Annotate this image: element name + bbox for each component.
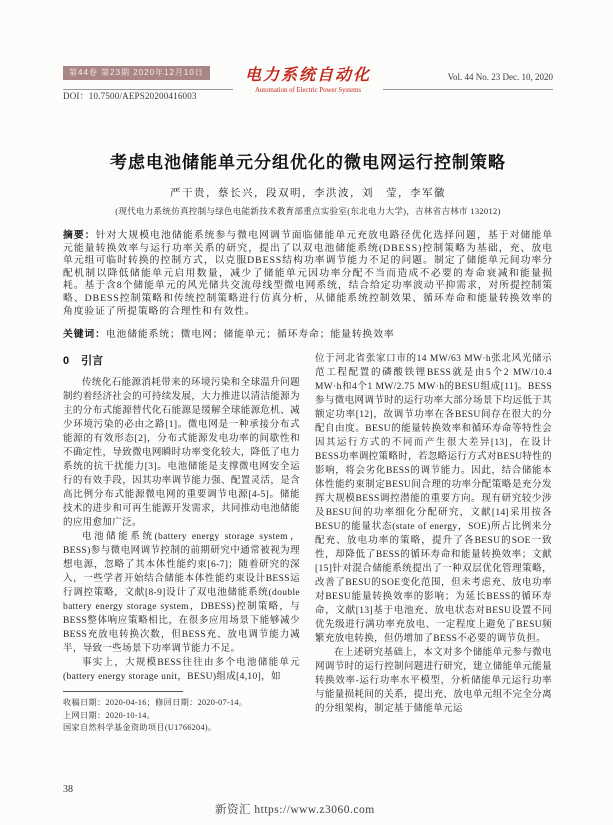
body-paragraph: 电池储能系统(battery energy storage system，BES… — [63, 530, 300, 656]
body-paragraph: 在上述研究基础上，本文对多个储能单元参与微电网调节时的运行控制问题进行研究，建立… — [315, 646, 552, 716]
keywords-label: 关键词： — [63, 329, 106, 340]
author-list: 严干贵，蔡长兴，段双明，李洪波，刘 莹，李军徽 — [63, 185, 553, 200]
article-body: 0引言 传统化石能源消耗带来的环境污染和全球温升问题制约着经济社会的可持续发展，… — [63, 352, 553, 735]
right-column: 位于河北省张家口市的14 MW/63 MW·h张北风光储示范工程配置的磷酸铁锂B… — [315, 352, 552, 735]
body-paragraph: 位于河北省张家口市的14 MW/63 MW·h张北风光储示范工程配置的磷酸铁锂B… — [315, 352, 552, 646]
keywords: 关键词：电池储能系统；微电网；储能单元；循环寿命；能量转换效率 — [63, 326, 553, 340]
left-column: 0引言 传统化石能源消耗带来的环境污染和全球温升问题制约着经济社会的可持续发展，… — [63, 352, 300, 735]
abstract-label: 摘要： — [63, 230, 96, 241]
footnote-received-date: 收稿日期：2020-04-16；修回日期：2020-07-14。 — [63, 697, 300, 710]
section-title: 引言 — [81, 355, 103, 367]
journal-logo: 电力系统自动化 Automation of Electric Power Sys… — [233, 62, 383, 94]
journal-page: 第44卷 第23期 2020年12月10日 DOI：10.7500/AEPS20… — [0, 0, 613, 825]
journal-name-cn: 电力系统自动化 — [245, 62, 371, 85]
keywords-text: 电池储能系统；微电网；储能单元；循环寿命；能量转换效率 — [106, 329, 395, 340]
volume-info: Vol. 44 No. 23 Dec. 10, 2020 — [448, 72, 553, 82]
watermark-text: 新资汇 https://www.z3060.com — [215, 801, 375, 817]
footnote-rule — [63, 691, 183, 692]
page-content: 第44卷 第23期 2020年12月10日 DOI：10.7500/AEPS20… — [0, 0, 613, 735]
abstract-text: 针对大规模电池储能系统参与微电网调节面临储能单元充放电路径优化选择问题，基于对储… — [63, 230, 553, 317]
journal-header: 第44卷 第23期 2020年12月10日 DOI：10.7500/AEPS20… — [63, 62, 553, 106]
header-left: 第44卷 第23期 2020年12月10日 DOI：10.7500/AEPS20… — [63, 62, 210, 102]
section-heading: 0引言 — [63, 352, 300, 368]
journal-name-en: Automation of Electric Power Systems — [245, 87, 371, 94]
issue-badge: 第44卷 第23期 2020年12月10日 — [63, 66, 210, 80]
footnote-online-date: 上网日期：2020-10-14。 — [63, 710, 300, 723]
page-number: 38 — [63, 784, 73, 795]
section-number: 0 — [63, 355, 69, 367]
doi-text: DOI：10.7500/AEPS20200416003 — [63, 89, 210, 102]
affiliation: (现代电力系统仿真控制与绿色电能新技术教育部重点实验室(东北电力大学)，吉林省吉… — [63, 205, 553, 217]
article-title: 考虑电池储能单元分组优化的微电网运行控制策略 — [63, 148, 553, 173]
body-paragraph: 传统化石能源消耗带来的环境污染和全球温升问题制约着经济社会的可持续发展，大力推进… — [63, 376, 300, 530]
body-paragraph: 事实上，大规模BESS往往由多个电池储能单元(battery energy st… — [63, 656, 300, 684]
abstract: 摘要：针对大规模电池储能系统参与微电网调节面临储能单元充放电路径优化选择问题，基… — [63, 230, 553, 318]
footnote-funding: 国家自然科学基金资助项目(U1766204)。 — [63, 722, 300, 735]
